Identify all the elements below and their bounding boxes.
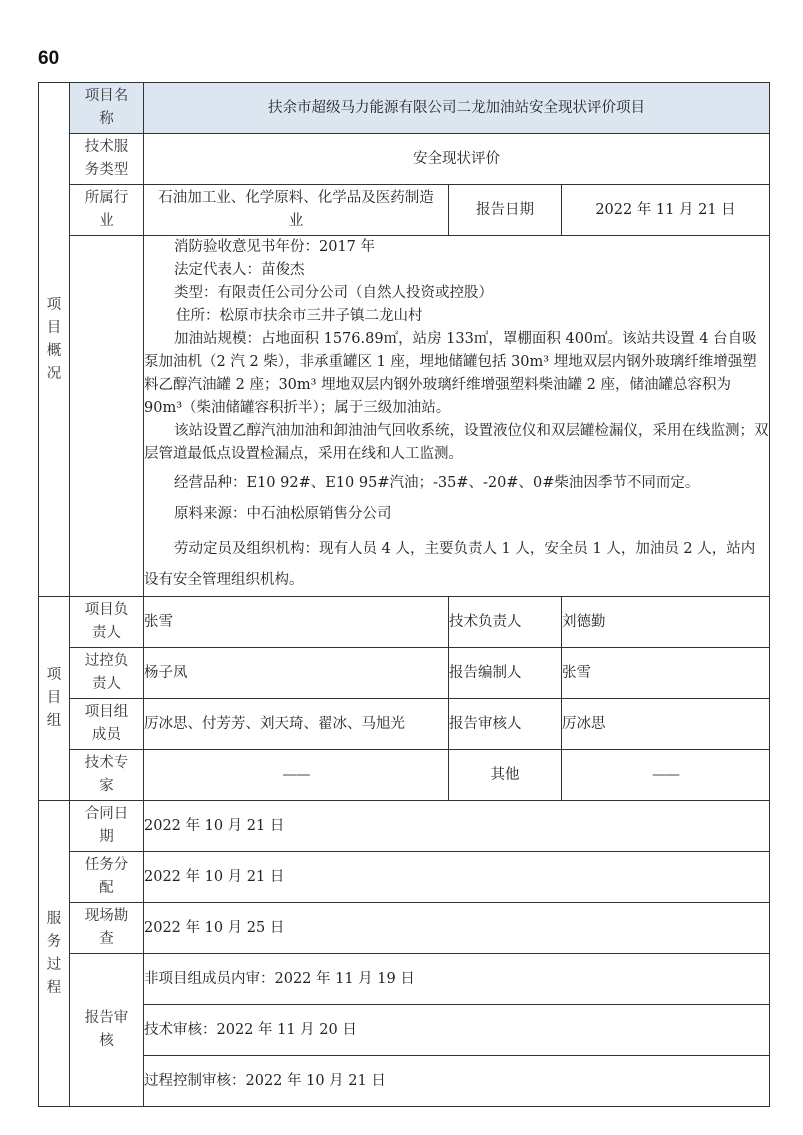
section-service-process-label: 服务过程 <box>46 908 62 1000</box>
label-process-lead: 过控负责人 <box>82 650 132 696</box>
label-site-survey: 现场勘查 <box>82 905 132 951</box>
row-service-type: 技术服务类型 安全现状评价 <box>39 134 770 185</box>
overview-legal-rep: 法定代表人：苗俊杰 <box>144 259 769 282</box>
value-contract-date: 2022 年 10 月 21 日 <box>144 801 770 852</box>
value-report-date: 2022 年 11 月 21 日 <box>562 185 770 236</box>
label-task-assignment: 任务分配 <box>82 854 132 900</box>
overview-content: 消防验收意见书年份：2017 年 法定代表人：苗俊杰 类型：有限责任公司分公司（… <box>144 236 770 597</box>
row-task-assignment: 任务分配 2022 年 10 月 21 日 <box>39 852 770 903</box>
overview-scale: 加油站规模：占地面积 1576.89㎡，站房 133㎡，罩棚面积 400㎡。该站… <box>144 328 769 420</box>
page-number: 60 <box>38 48 59 70</box>
overview-systems: 该站设置乙醇汽油加油和卸油油气回收系统，设置液位仪和双层罐检漏仪，采用在线监测；… <box>144 420 769 466</box>
value-site-survey: 2022 年 10 月 25 日 <box>144 903 770 954</box>
label-report-review: 报告审核 <box>82 1007 132 1053</box>
overview-address: 住所：松原市扶余市三井子镇二龙山村 <box>144 305 769 328</box>
label-industry: 所属行业 <box>82 187 132 233</box>
row-group-4: 技术专家 —— 其他 —— <box>39 750 770 801</box>
overview-source: 原料来源：中石油松原销售分公司 <box>144 503 769 526</box>
label-report-date: 报告日期 <box>449 185 562 236</box>
section-project-group: 项目组 <box>39 597 70 801</box>
value-internal-review: 非项目组成员内审：2022 年 11 月 19 日 <box>144 954 770 1005</box>
value-report-reviewer: 厉冰思 <box>562 699 770 750</box>
value-report-author: 张雪 <box>562 648 770 699</box>
project-info-table: 项目概况 项目名称 扶余市超级马力能源有限公司二龙加油站安全现状评价项目 技术服… <box>38 82 770 1107</box>
value-other: —— <box>562 750 770 801</box>
value-group-members: 厉冰思、付芳芳、刘天琦、翟冰、马旭光 <box>144 699 449 750</box>
row-group-1: 项目组 项目负责人 张雪 技术负责人 刘德勤 <box>39 597 770 648</box>
value-tech-lead: 刘德勤 <box>562 597 770 648</box>
value-process-lead: 杨子凤 <box>144 648 449 699</box>
row-site-survey: 现场勘查 2022 年 10 月 25 日 <box>39 903 770 954</box>
section-overview: 项目概况 <box>39 83 70 597</box>
label-project-lead: 项目负责人 <box>82 599 132 645</box>
value-service-type: 安全现状评价 <box>144 134 770 185</box>
label-contract-date: 合同日期 <box>82 803 132 849</box>
row-review-technical: 技术审核：2022 年 11 月 20 日 <box>39 1005 770 1056</box>
value-industry: 石油加工业、化学原料、化学品及医药制造业 <box>144 185 449 236</box>
row-contract-date: 服务过程 合同日期 2022 年 10 月 21 日 <box>39 801 770 852</box>
overview-type: 类型：有限责任公司分公司（自然人投资或控股） <box>144 282 769 305</box>
value-process-control-review: 过程控制审核：2022 年 10 月 21 日 <box>144 1056 770 1107</box>
value-project-lead: 张雪 <box>144 597 449 648</box>
section-project-group-label: 项目组 <box>46 664 62 733</box>
section-service-process: 服务过程 <box>39 801 70 1107</box>
value-project-name: 扶余市超级马力能源有限公司二龙加油站安全现状评价项目 <box>144 83 770 134</box>
value-technical-review: 技术审核：2022 年 11 月 20 日 <box>144 1005 770 1056</box>
overview-products: 经营品种：E10 92#、E10 95#汽油；-35#、-20#、0#柴油因季节… <box>144 472 769 495</box>
overview-fire-acceptance: 消防验收意见书年份：2017 年 <box>144 236 769 259</box>
row-group-2: 过控负责人 杨子凤 报告编制人 张雪 <box>39 648 770 699</box>
row-group-3: 项目组成员 厉冰思、付芳芳、刘天琦、翟冰、马旭光 报告审核人 厉冰思 <box>39 699 770 750</box>
value-tech-expert: —— <box>144 750 449 801</box>
section-overview-label: 项目概况 <box>46 294 62 386</box>
label-tech-expert: 技术专家 <box>82 752 132 798</box>
row-industry: 所属行业 石油加工业、化学原料、化学品及医药制造业 报告日期 2022 年 11… <box>39 185 770 236</box>
row-review-process-control: 过程控制审核：2022 年 10 月 21 日 <box>39 1056 770 1107</box>
label-tech-lead: 技术负责人 <box>449 597 562 648</box>
value-task-assignment: 2022 年 10 月 21 日 <box>144 852 770 903</box>
label-other: 其他 <box>449 750 562 801</box>
label-report-author: 报告编制人 <box>449 648 562 699</box>
label-service-type: 技术服务类型 <box>82 136 132 182</box>
label-project-name: 项目名称 <box>82 85 132 131</box>
overview-staff: 劳动定员及组织机构：现有人员 4 人，主要负责人 1 人，安全员 1 人，加油员… <box>144 534 769 596</box>
label-report-reviewer: 报告审核人 <box>449 699 562 750</box>
row-review-internal: 报告审核 非项目组成员内审：2022 年 11 月 19 日 <box>39 954 770 1005</box>
label-group-members: 项目组成员 <box>82 701 132 747</box>
row-project-name: 项目概况 项目名称 扶余市超级马力能源有限公司二龙加油站安全现状评价项目 <box>39 83 770 134</box>
row-overview: 消防验收意见书年份：2017 年 法定代表人：苗俊杰 类型：有限责任公司分公司（… <box>39 236 770 597</box>
